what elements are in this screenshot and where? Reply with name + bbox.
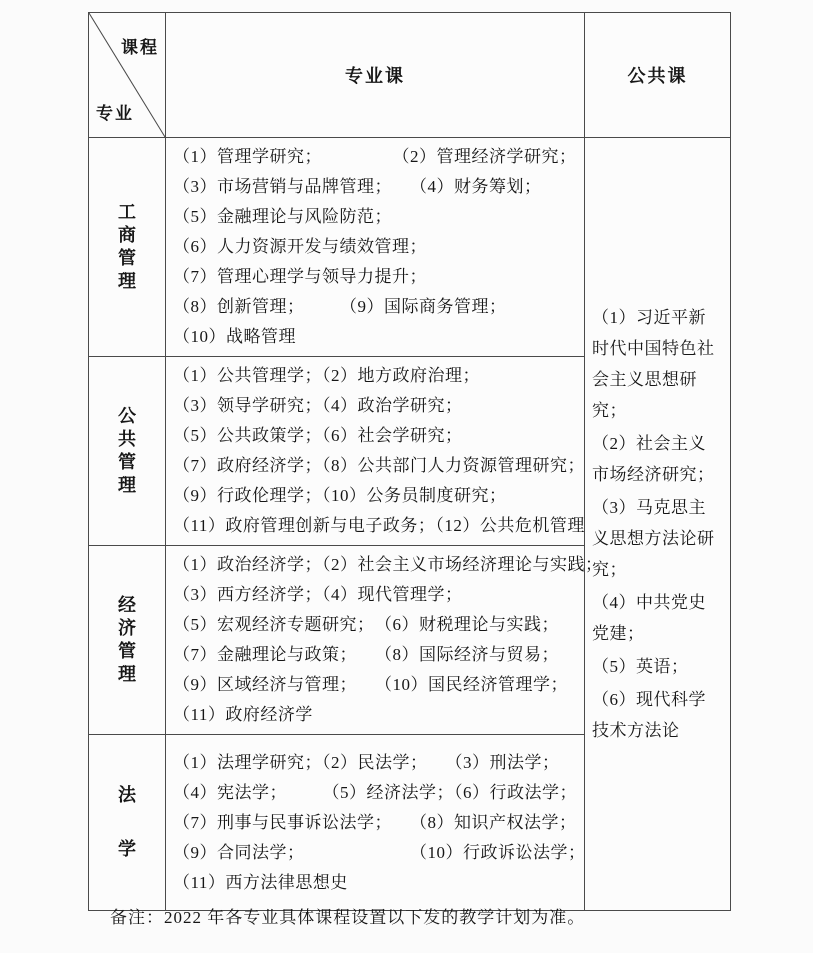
course-line: （10）战略管理 <box>173 322 580 352</box>
major-label-cell: 工商管理 <box>89 138 166 357</box>
major-label-cell: 经济管理 <box>89 546 166 735</box>
course-line: （1）政治经济学；（2）社会主义市场经济理论与实践； <box>173 550 580 580</box>
professional-courses-cell: （1）公共管理学；（2）地方政府治理；（3）领导学研究；（4）政治学研究；（5）… <box>166 357 585 546</box>
course-line: （7）金融理论与政策； （8）国际经济与贸易； <box>173 640 580 670</box>
professional-courses-cell: （1）政治经济学；（2）社会主义市场经济理论与实践；（3）西方经济学；（4）现代… <box>166 546 585 735</box>
public-course-item: （1）习近平新时代中国特色社会主义思想研究； <box>592 302 723 426</box>
major-label: 经济管理 <box>89 594 165 686</box>
document-page: 课程 专业 专业课 公共课 工商管理（1）管理学研究； （2）管理经济学研究；（… <box>0 0 813 953</box>
course-line: （1）管理学研究； （2）管理经济学研究； <box>173 142 580 172</box>
course-line: （1）公共管理学；（2）地方政府治理； <box>173 361 580 391</box>
footnote: 备注：2022 年各专业具体课程设置以下发的教学计划为准。 <box>110 903 585 928</box>
course-line: （9）合同法学； （10）行政诉讼法学； <box>173 838 580 868</box>
major-char: 法 <box>118 784 136 807</box>
major-char: 管 <box>118 247 136 270</box>
course-line: （6）人力资源开发与绩效管理； <box>173 232 580 262</box>
course-line: （9）区域经济与管理； （10）国民经济管理学； <box>173 670 580 700</box>
course-line: （11）政府经济学 <box>173 700 580 730</box>
major-label: 公共管理 <box>89 405 165 497</box>
curriculum-table: 课程 专业 专业课 公共课 工商管理（1）管理学研究； （2）管理经济学研究；（… <box>88 12 731 911</box>
public-course-item: （2）社会主义市场经济研究； <box>592 428 723 490</box>
major-char: 济 <box>118 617 136 640</box>
course-line: （3）领导学研究；（4）政治学研究； <box>173 391 580 421</box>
course-line: （11）政府管理创新与电子政务；（12）公共危机管理 <box>173 511 580 541</box>
professional-courses-cell: （1）管理学研究； （2）管理经济学研究；（3）市场营销与品牌管理； （4）财务… <box>166 138 585 357</box>
major-label-cell: 公共管理 <box>89 357 166 546</box>
course-line: （1）法理学研究；（2）民法学； （3）刑法学； <box>173 748 580 778</box>
public-courses-cell: （1）习近平新时代中国特色社会主义思想研究；（2）社会主义市场经济研究；（3）马… <box>585 138 731 911</box>
major-char: 共 <box>118 428 136 451</box>
course-line: （5）金融理论与风险防范； <box>173 202 580 232</box>
major-char: 商 <box>118 224 136 247</box>
course-line: （7）政府经济学；（8）公共部门人力资源管理研究； <box>173 451 580 481</box>
major-row-1: 工商管理（1）管理学研究； （2）管理经济学研究；（3）市场营销与品牌管理； （… <box>89 138 731 357</box>
professional-courses-header: 专业课 <box>166 13 585 138</box>
public-course-item: （3）马克思主义思想方法论研究； <box>592 492 723 585</box>
major-char: 经 <box>118 594 136 617</box>
major-char: 学 <box>118 838 136 861</box>
corner-label-major: 专业 <box>96 99 134 124</box>
major-char: 管 <box>118 640 136 663</box>
corner-label-course: 课程 <box>121 33 159 58</box>
course-line: （8）创新管理； （9）国际商务管理； <box>173 292 580 322</box>
course-line: （4）宪法学； （5）经济法学；（6）行政法学； <box>173 778 580 808</box>
course-line: （5）宏观经济专题研究； （6）财税理论与实践； <box>173 610 580 640</box>
course-line: （5）公共政策学；（6）社会学研究； <box>173 421 580 451</box>
course-line: （7）刑事与民事诉讼法学； （8）知识产权法学； <box>173 808 580 838</box>
professional-courses-cell: （1）法理学研究；（2）民法学； （3）刑法学；（4）宪法学； （5）经济法学；… <box>166 735 585 911</box>
public-course-item: （6）现代科学技术方法论 <box>592 684 723 746</box>
major-label-cell: 法学 <box>89 735 166 911</box>
major-char: 工 <box>118 201 136 224</box>
corner-header-cell: 课程 专业 <box>89 13 166 138</box>
major-label: 法学 <box>89 784 165 861</box>
course-line: （3）西方经济学；（4）现代管理学； <box>173 580 580 610</box>
major-char: 管 <box>118 451 136 474</box>
major-char: 理 <box>118 663 136 686</box>
course-line: （3）市场营销与品牌管理； （4）财务筹划； <box>173 172 580 202</box>
public-courses-header: 公共课 <box>585 13 731 138</box>
major-label: 工商管理 <box>89 201 165 293</box>
course-line: （7）管理心理学与领导力提升； <box>173 262 580 292</box>
major-char: 理 <box>118 474 136 497</box>
course-line: （9）行政伦理学；（10）公务员制度研究； <box>173 481 580 511</box>
course-line: （11）西方法律思想史 <box>173 868 580 898</box>
table-header-row: 课程 专业 专业课 公共课 <box>89 13 731 138</box>
major-char: 公 <box>118 405 136 428</box>
major-char: 理 <box>118 270 136 293</box>
public-course-item: （4）中共党史党建； <box>592 587 723 649</box>
public-course-item: （5）英语； <box>592 651 723 682</box>
